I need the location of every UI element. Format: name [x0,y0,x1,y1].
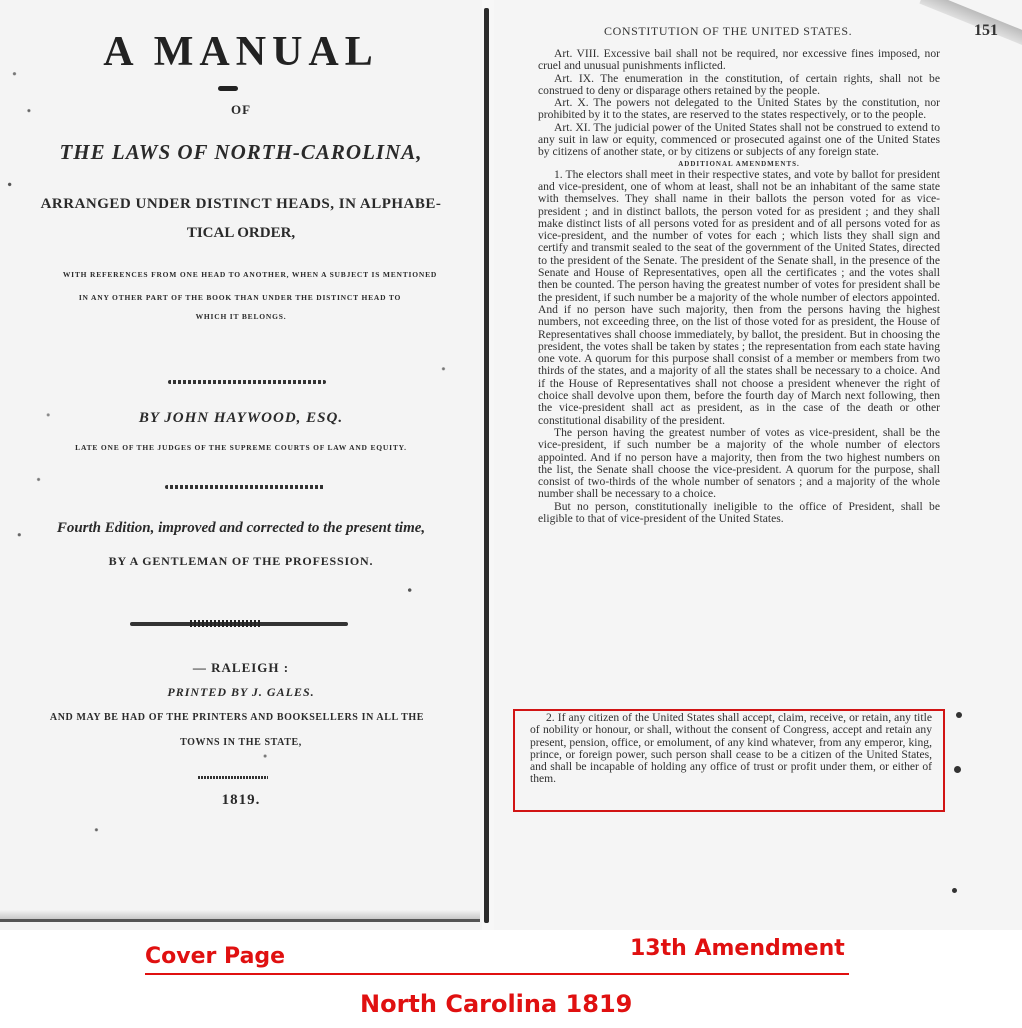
amendment-1-part-a: 1. The electors shall meet in their resp… [538,169,940,427]
references-line-3: WHICH IT BELONGS. [0,312,482,321]
caption-cover-page: Cover Page [145,944,285,969]
scan-edge-shadow [0,910,480,922]
paper-specks [0,0,482,922]
scanned-spread: A MANUAL OF THE LAWS OF NORTH-CAROLINA, … [0,0,1022,930]
title-of: OF [0,102,482,118]
amendment-1-part-b: The person having the greatest number of… [538,427,940,501]
publication-year: 1819. [0,792,482,809]
caption-footer-title: North Carolina 1819 [360,990,632,1018]
printer: PRINTED BY J. GALES. [0,685,482,700]
edition-note: Fourth Edition, improved and corrected t… [0,520,482,537]
cover-page: A MANUAL OF THE LAWS OF NORTH-CAROLINA, … [0,0,482,922]
publication-place: — RALEIGH : [0,660,482,676]
dotted-rule [198,776,268,779]
arranged-line-2: TICAL ORDER, [0,225,482,242]
highlight-box [513,709,945,812]
page-number: 151 [974,22,998,40]
ornamental-rule [168,380,326,384]
book-subject: THE LAWS OF NORTH-CAROLINA, [0,140,482,165]
caption-13th-amendment: 13th Amendment [630,936,845,961]
author: BY JOHN HAYWOOD, ESQ. [0,410,482,427]
ink-spot [956,712,962,718]
article-xi: Art. XI. The judicial power of the Unite… [538,122,940,159]
references-line-2: IN ANY OTHER PART OF THE BOOK THAN UNDER… [30,293,450,302]
caption-underline [145,973,849,975]
references-line-1: WITH REFERENCES FROM ONE HEAD TO ANOTHER… [30,270,470,279]
ink-spot [952,888,957,893]
arranged-line-1: ARRANGED UNDER DISTINCT HEADS, IN ALPHAB… [0,196,482,213]
amendment-1-part-c: But no person, constitutionally ineligib… [538,501,940,526]
ink-spot [954,766,961,773]
book-spine-shadow [484,8,489,923]
availability-line-1: AND MAY BE HAD OF THE PRINTERS AND BOOKS… [14,712,460,723]
article-ix: Art. IX. The enumeration in the constitu… [538,73,940,98]
article-x: Art. X. The powers not delegated to the … [538,97,940,122]
edition-by: BY A GENTLEMAN OF THE PROFESSION. [0,554,482,569]
ornamental-rule-center [190,620,260,627]
book-title: A MANUAL [0,28,482,76]
availability-line-2: TOWNS IN THE STATE, [0,737,482,748]
running-head: CONSTITUTION OF THE UNITED STATES. [604,24,852,39]
title-ornament [218,86,238,91]
ornamental-rule [165,485,325,489]
article-viii: Art. VIII. Excessive bail shall not be r… [538,48,940,73]
constitution-text: Art. VIII. Excessive bail shall not be r… [538,48,940,525]
author-note: LATE ONE OF THE JUDGES OF THE SUPREME CO… [0,443,482,452]
